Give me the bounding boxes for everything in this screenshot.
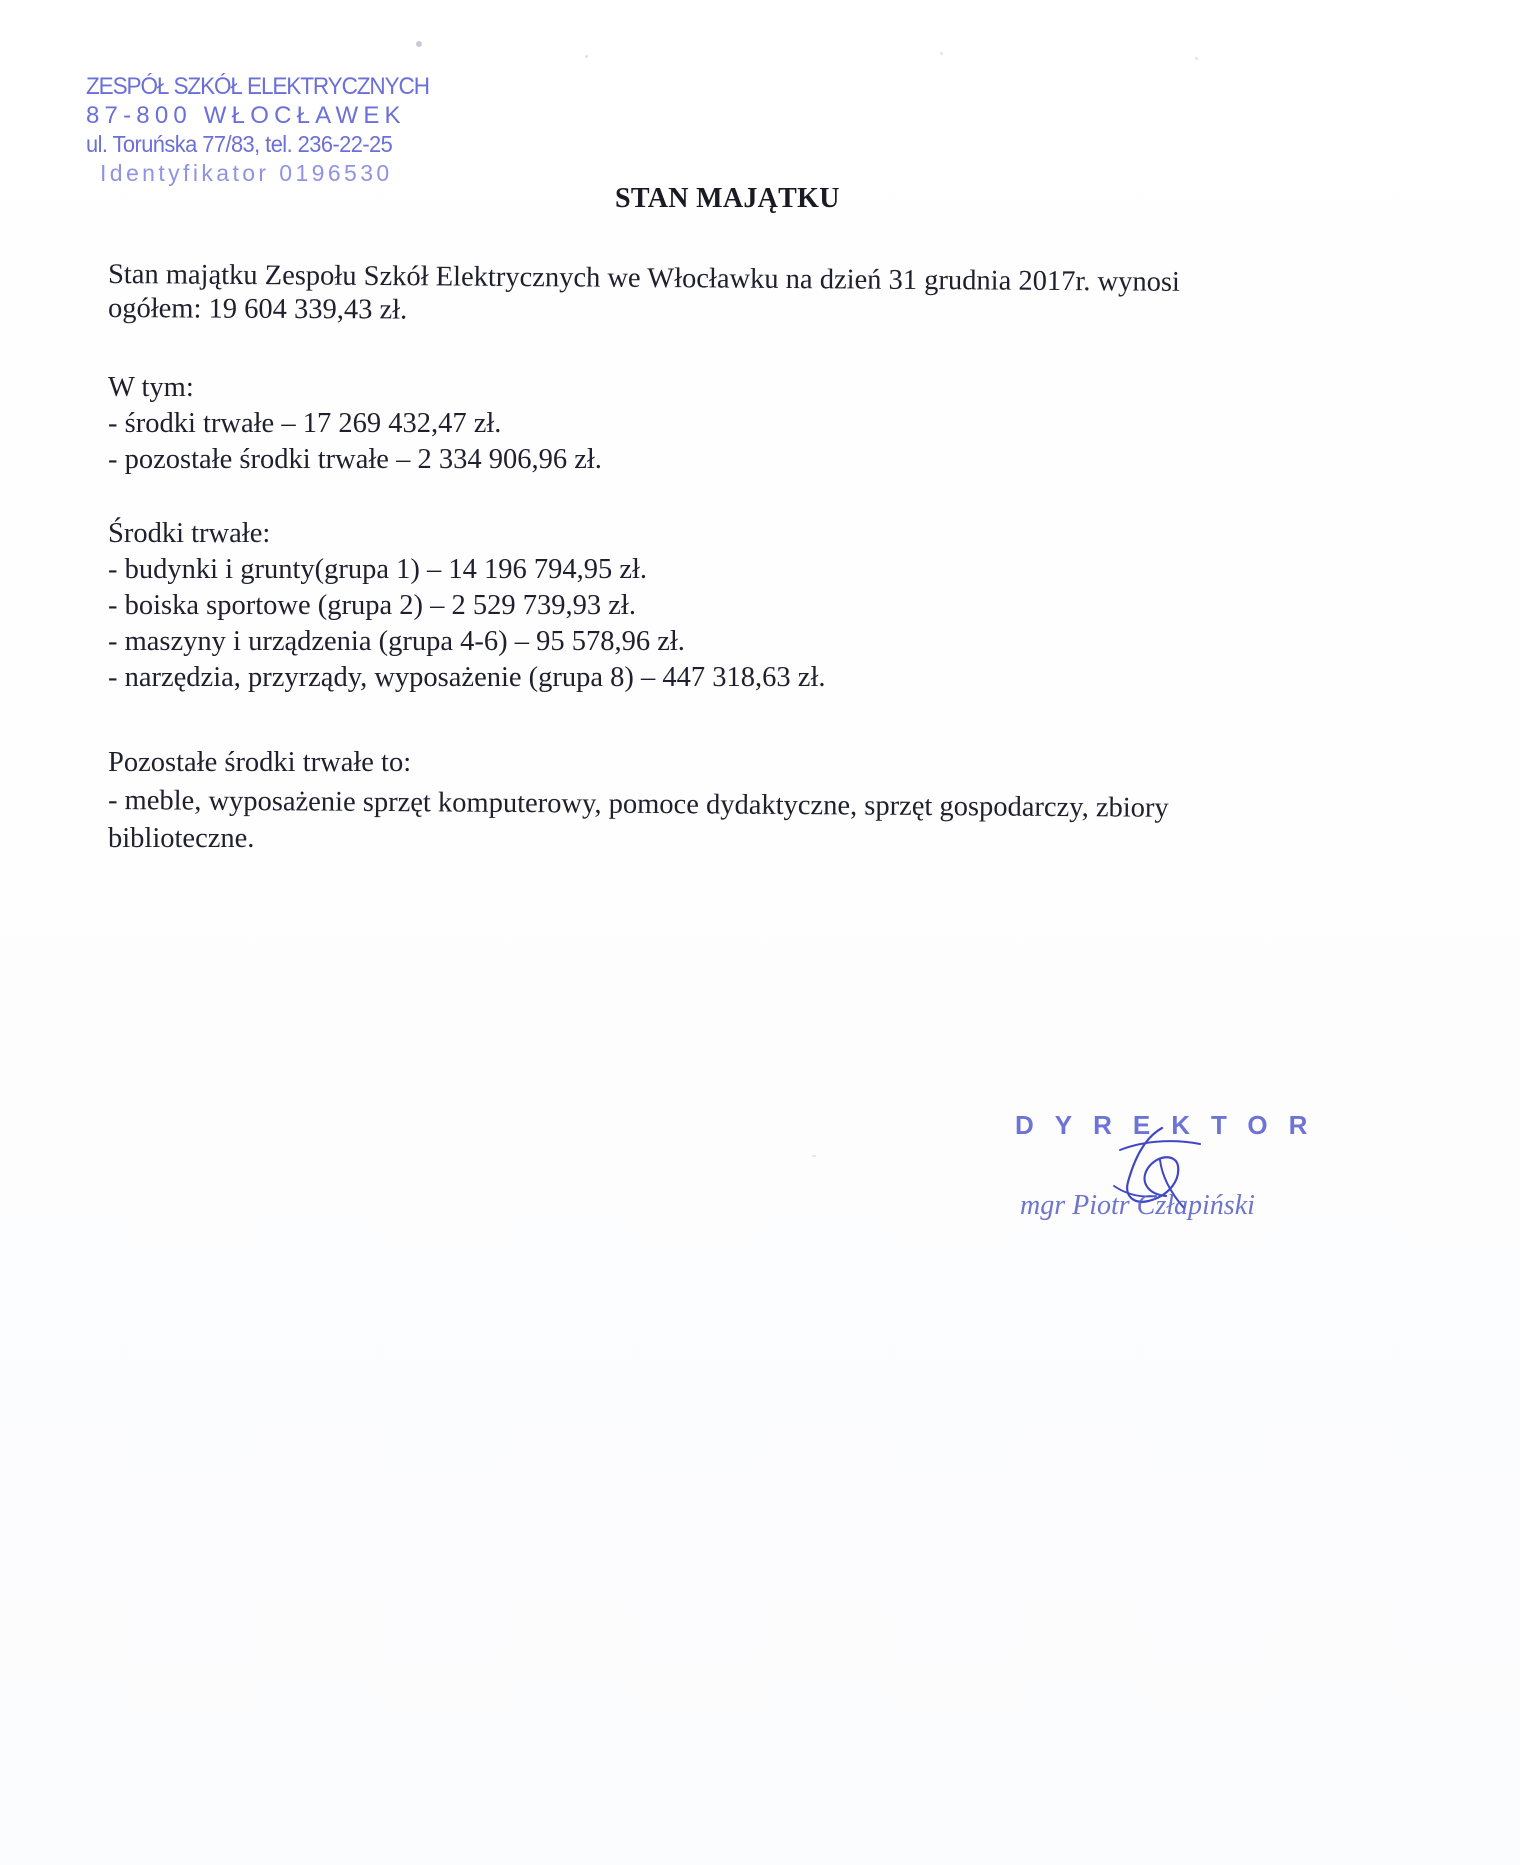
fixed-assets-item-machinery: - maszyny i urządzenia (grupa 4-6) – 95 … <box>108 625 685 659</box>
scan-speck <box>812 1155 816 1157</box>
scan-speck <box>585 55 588 58</box>
school-stamp: ZESPÓŁ SZKÓŁ ELEKTRYCZNYCH 87-800 WŁOCŁA… <box>86 72 476 188</box>
signer-name: mgr Piotr Człapiński <box>1020 1190 1255 1222</box>
scanned-document-page: ZESPÓŁ SZKÓŁ ELEKTRYCZNYCH 87-800 WŁOCŁA… <box>0 0 1520 1865</box>
scan-speck <box>1195 57 1198 60</box>
fixed-assets-item-buildings: - budynki i grunty(grupa 1) – 14 196 794… <box>108 553 647 587</box>
breakdown-heading: W tym: <box>108 371 194 405</box>
document-title: STAN MAJĄTKU <box>615 183 840 215</box>
fixed-assets-heading: Środki trwałe: <box>108 517 270 551</box>
breakdown-item-fixed-assets: - środki trwałe – 17 269 432,47 zł. <box>108 407 501 441</box>
stamp-city: 87-800 WŁOCŁAWEK <box>86 101 476 130</box>
intro-line-2-total: ogółem: 19 604 339,43 zł. <box>108 292 407 328</box>
stamp-address: ul. Toruńska 77/83, tel. 236-22-25 <box>86 130 449 159</box>
stamp-school-name: ZESPÓŁ SZKÓŁ ELEKTRYCZNYCH <box>86 72 445 101</box>
fixed-assets-item-tools: - narzędzia, przyrządy, wyposażenie (gru… <box>108 661 825 695</box>
scan-speck <box>416 41 422 47</box>
stamp-identifier: Identyfikator 0196530 <box>86 159 476 188</box>
other-assets-heading: Pozostałe środki trwałe to: <box>108 746 411 780</box>
other-assets-line-2: biblioteczne. <box>108 822 254 856</box>
breakdown-item-other-fixed-assets: - pozostałe środki trwałe – 2 334 906,96… <box>108 443 602 477</box>
fixed-assets-item-sports-fields: - boiska sportowe (grupa 2) – 2 529 739,… <box>108 589 636 623</box>
scan-speck <box>940 52 943 55</box>
other-assets-line-1: - meble, wyposażenie sprzęt komputerowy,… <box>108 784 1169 826</box>
